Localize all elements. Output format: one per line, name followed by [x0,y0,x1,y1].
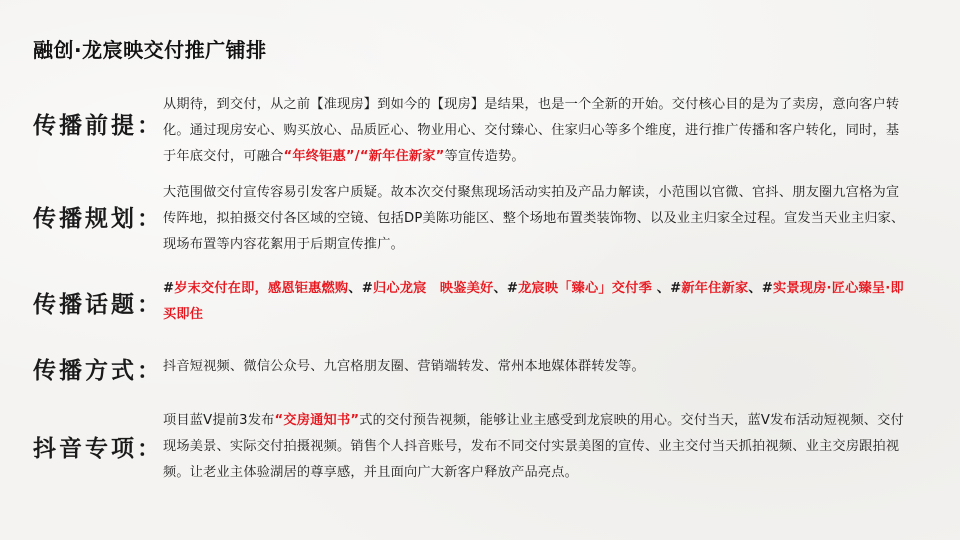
section-content-topics: #岁末交付在即，感恩钜惠燃购、#归心龙宸 映鉴美好、#龙宸映「臻心」交付季 、#… [163,276,908,328]
hashtag-symbol: # [507,281,518,296]
topic-item: 岁末交付在即，感恩钜惠燃购 [174,281,348,296]
section-label-premise: 传播前提： [33,107,163,140]
topic-item: 龙宸映「臻心」交付季 [518,281,652,296]
topic-item: 归心龙宸 映鉴美好 [373,281,494,296]
slide: 融创·龙宸映交付推广铺排 传播前提： 从期待，到交付，从之前【准现房】到如今的【… [0,0,960,540]
topic-separator: 、 [748,281,761,296]
topic-separator: 、 [493,281,506,296]
section-content-douyin: 项目蓝V提前3发布“交房通知书”式的交付预告视频，能够让业主感受到龙宸映的用心。… [163,408,908,486]
topic-separator: 、 [348,281,361,296]
douyin-text: 项目蓝V提前3发布 [163,413,275,428]
section-label-topics: 传播话题： [33,286,163,319]
hashtag-symbol: # [163,281,174,296]
topic-item: 新年住新家 [681,281,748,296]
highlight-year-end-discount: “年终钜惠” [284,149,355,164]
section-content-channels: 抖音短视频、微信公众号、九宫格朋友圈、营销端转发、常州本地媒体群转发等。 [163,354,908,380]
section-content-premise: 从期待，到交付，从之前【准现房】到如今的【现房】是结果，也是一个全新的开始。交付… [163,92,908,170]
premise-text-end: 等宣传造势。 [445,149,525,164]
section-content-planning: 大范围做交付宣传容易引发客户质疑。故本次交付聚焦现场活动实拍及产品力解读，小范围… [163,180,908,258]
premise-text: 从期待，到交付，从之前【准现房】到如今的【现房】是结果，也是一个全新的开始。交付… [163,97,899,164]
section-label-channels: 传播方式： [33,352,163,385]
hashtag-symbol: # [670,281,681,296]
section-label-planning: 传播规划： [33,200,163,233]
topic-separator: 、 [652,281,670,296]
hashtag-symbol: # [362,281,373,296]
highlight-handover-notice: “交房通知书” [275,413,360,428]
section-label-douyin: 抖音专项： [33,430,163,463]
hashtag-symbol: # [762,281,773,296]
page-title: 融创·龙宸映交付推广铺排 [33,36,267,64]
highlight-new-year-new-home: “新年住新家” [360,149,445,164]
